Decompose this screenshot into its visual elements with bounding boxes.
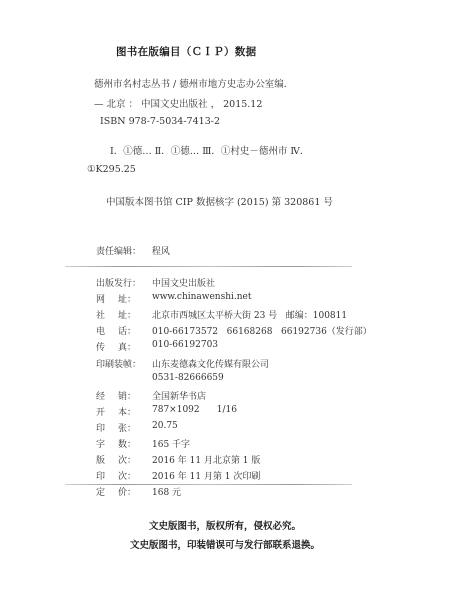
info-label-part: 出版发行： — [96, 279, 141, 289]
info-value: 全国新华书店 — [152, 389, 206, 402]
info-value: 20.75 — [152, 421, 178, 434]
cip-classification-line2: ①K295.25 — [87, 164, 136, 175]
cip-classification-line1: Ⅰ．①德… Ⅱ．①德… Ⅲ．①村史－德州市 Ⅳ． — [110, 143, 309, 157]
info-row: 印刷装帧：山东麦德森文化传媒有限公司 — [96, 357, 269, 370]
cip-publisher-line: — 北京 ： 中国文史出版社 ， 2015.12 — [94, 96, 262, 110]
info-label-part: 真： — [118, 340, 136, 353]
info-row: 出版发行：中国文史出版社 — [96, 276, 215, 289]
info-value: 0531-82666659 — [152, 373, 224, 383]
info-label-part: 传 — [96, 340, 105, 353]
info-value: 中国文史出版社 — [152, 276, 215, 289]
info-value: 165 千字 — [152, 437, 190, 450]
info-label-part: 印 — [96, 469, 105, 482]
info-label-part: 网 — [96, 292, 105, 305]
info-label-part: 定 — [96, 485, 105, 498]
info-label-part: 社 — [96, 308, 105, 321]
info-value: 2016 年 11 月第 1 次印刷 — [152, 469, 260, 482]
info-value: 787×1092 1/16 — [152, 405, 237, 418]
info-label: 印张： — [96, 421, 136, 434]
return-policy-notice: 文史版图书，印装错误可与发行部联系退换。 — [0, 537, 450, 551]
top-divider — [65, 266, 352, 267]
info-label-part: 开 — [96, 405, 105, 418]
editor-label: 责任编辑： — [96, 247, 141, 257]
info-value: 010-66173572 66168268 66192736（发行部） — [152, 324, 372, 337]
info-row: 字数：165 千字 — [96, 437, 190, 450]
info-label: 出版发行： — [96, 276, 152, 289]
info-label: 定价： — [96, 485, 136, 498]
info-row: 版次：2016 年 11 月北京第 1 版 — [96, 453, 260, 466]
info-label-part: 次： — [118, 469, 136, 482]
info-label-part: 印 — [96, 421, 105, 434]
info-row: 网址：www.chinawenshi.net — [96, 292, 252, 305]
info-value: 山东麦德森文化传媒有限公司 — [152, 357, 269, 370]
editor-name: 程风 — [152, 247, 170, 257]
info-label-part: 印刷装帧： — [96, 360, 141, 370]
info-label-part: 字 — [96, 437, 105, 450]
info-row: 传真：010-66192703 — [96, 340, 218, 353]
info-label-part: 址： — [118, 308, 136, 321]
cip-series-line: 德州市名村志丛书 / 德州市地方史志办公室编． — [94, 76, 293, 90]
info-label: 字数： — [96, 437, 136, 450]
info-label-part: 张： — [118, 421, 136, 434]
cip-isbn: ISBN 978-7-5034-7413-2 — [100, 116, 220, 127]
info-value: 北京市西城区太平桥大街 23 号 邮编：100811 — [152, 308, 347, 321]
info-value: 2016 年 11 月北京第 1 版 — [152, 453, 260, 466]
info-label-part: 销： — [118, 389, 136, 402]
cip-heading: 图书在版编目（ＣＩＰ）数据 — [116, 44, 256, 59]
info-label: 印次： — [96, 469, 136, 482]
info-label-part: 话： — [118, 324, 136, 337]
info-label: 电话： — [96, 324, 136, 337]
info-row: 印次：2016 年 11 月第 1 次印刷 — [96, 469, 260, 482]
info-label-part: 数： — [118, 437, 136, 450]
info-row: 定价：168 元 — [96, 485, 181, 498]
info-label-part: 版 — [96, 453, 105, 466]
info-label: 传真： — [96, 340, 136, 353]
info-row: 0531-82666659 — [96, 373, 224, 383]
info-label: 版次： — [96, 453, 136, 466]
info-label: 经销： — [96, 389, 136, 402]
info-value: 168 元 — [152, 485, 181, 498]
info-label: 网址： — [96, 292, 136, 305]
info-label: 开本： — [96, 405, 136, 418]
responsible-editor: 责任编辑： 程风 — [96, 244, 170, 257]
info-row: 经销：全国新华书店 — [96, 389, 206, 402]
info-label-part: 本： — [118, 405, 136, 418]
info-label-part: 经 — [96, 389, 105, 402]
cip-record-number: 中国版本图书馆 CIP 数据核字 (2015) 第 320861 号 — [106, 194, 333, 208]
info-row: 社址：北京市西城区太平桥大街 23 号 邮编：100811 — [96, 308, 347, 321]
info-label: 社址： — [96, 308, 136, 321]
info-label: 印刷装帧： — [96, 357, 152, 370]
info-label-part: 址： — [118, 292, 136, 305]
info-row: 印张：20.75 — [96, 421, 178, 434]
info-row: 电话：010-66173572 66168268 66192736（发行部） — [96, 324, 372, 337]
info-label — [96, 373, 152, 383]
bottom-divider — [65, 484, 352, 485]
info-value: 010-66192703 — [152, 340, 218, 353]
info-label-part: 价： — [118, 485, 136, 498]
info-value[interactable]: www.chinawenshi.net — [152, 292, 252, 305]
copyright-notice: 文史版图书，版权所有，侵权必究。 — [0, 518, 450, 532]
info-row: 开本：787×1092 1/16 — [96, 405, 237, 418]
info-label-part: 电 — [96, 324, 105, 337]
info-label-part: 次： — [118, 453, 136, 466]
